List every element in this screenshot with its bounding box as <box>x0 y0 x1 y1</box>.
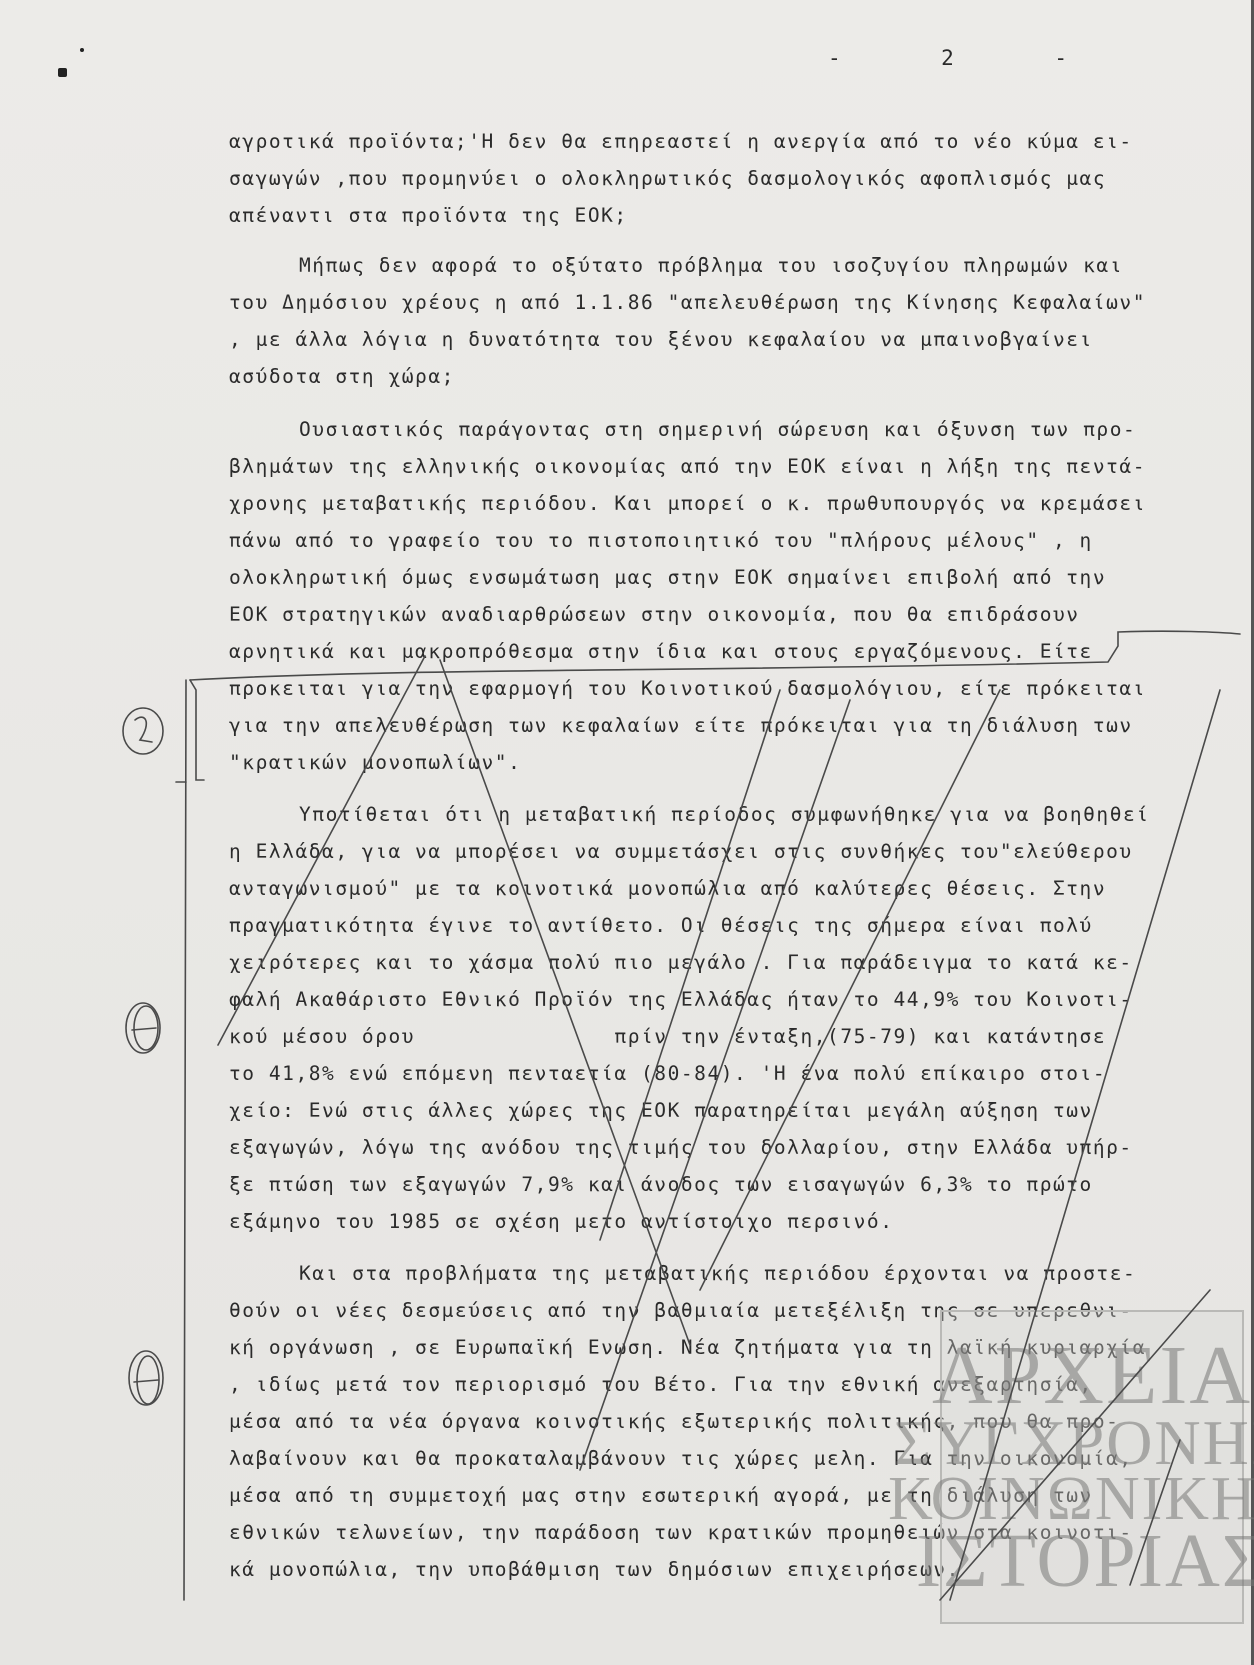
page-number-dash-right: - <box>1054 46 1068 70</box>
watermark-line: ΙΣΤΟΡΙΑΣ <box>916 1527 1254 1595</box>
text-line: Και στα προβλήματα της μεταβατικής περιό… <box>299 1262 1136 1285</box>
text-line: ολοκληρωτική όμως ενσωμάτωση μας στην ΕΟ… <box>229 566 1106 589</box>
text-line: "κρατικών μονοπωλίων". <box>229 751 521 774</box>
page-number: - 2 - <box>828 46 1068 70</box>
text-line: , με άλλα λόγια η δυνατότητα του ξένου κ… <box>229 328 1093 351</box>
text-line: κού μέσου όρου πρίν την ένταξη,(75-79) κ… <box>229 1025 1106 1048</box>
text-line: αγροτικά προϊόντα;'Η δεν θα επηρεαστεί η… <box>229 130 1133 153</box>
text-line: πάνω από το γραφείο του το πιστοποιητικό… <box>229 529 1093 552</box>
text-line: ξε πτώση των εξαγωγών 7,9% και άνοδος τω… <box>229 1173 1093 1196</box>
text-line: απέναντι στα προϊόντα της ΕΟΚ; <box>229 204 628 227</box>
text-line: κά μονοπώλια, την υποβάθμιση των δημόσιω… <box>229 1558 960 1581</box>
text-line: Μήπως δεν αφορά το οξύτατο πρόβλημα του … <box>299 254 1123 277</box>
text-line: εξάμηνο του 1985 σε σχέση μετο αντίστοιχ… <box>229 1210 894 1233</box>
text-line: χειρότερες και το χάσμα πολύ πιο μεγάλο … <box>229 951 1133 974</box>
text-line: χρονης μεταβατικής περιόδου. Και μπορεί … <box>229 492 1146 515</box>
text-line: η Ελλάδα, για να μπορέσει να συμμετάσχει… <box>229 840 1133 863</box>
scan-speck <box>58 68 67 77</box>
scanned-page: - 2 - αγροτικά προϊόντα;'Η δεν θα επηρεα… <box>0 0 1254 1665</box>
text-line: ΕΟΚ στρατηγικών αναδιαρθρώσεων στην οικο… <box>229 603 1080 626</box>
page-number-dash-left: - <box>828 46 842 70</box>
text-line: βλημάτων της ελληνικής οικονομίας από τη… <box>229 455 1146 478</box>
watermark-line: ΣΥΓΧΡΟΝΗΣ <box>894 1414 1254 1472</box>
text-line: του Δημόσιου χρέους η από 1.1.86 "απελευ… <box>229 291 1146 314</box>
text-line: προκειται για την εφαρμογή του Κοινοτικο… <box>229 677 1146 700</box>
text-line: φαλή Ακαθάριστο Εθνικό Προϊόν της Ελλάδα… <box>229 988 1133 1011</box>
text-line: Ουσιαστικός παράγοντας στη σημερινή σώρε… <box>299 418 1136 441</box>
theta-mark-icon <box>126 1003 160 1053</box>
theta-mark-icon <box>129 1351 163 1405</box>
text-line: χείο: Ενώ στις άλλες χώρες της ΕΟΚ παρατ… <box>229 1099 1093 1122</box>
enclosure-bracket <box>190 680 204 780</box>
watermark-line: ΑΡΧΕΙΑ <box>932 1338 1252 1414</box>
archive-watermark: ΑΡΧΕΙΑ ΣΥΓΧΡΟΝΗΣ ΚΟΙΝΩΝΙΚΗΣ ΙΣΤΟΡΙΑΣ <box>940 1310 1244 1624</box>
text-line: Υποτίθεται ότι η μεταβατική περίοδος συμ… <box>299 803 1150 826</box>
text-line: ασύδοτα στη χώρα; <box>229 365 455 388</box>
text-line: πραγματικότητα έγινε το αντίθετο. Οι θέσ… <box>229 914 1093 937</box>
scan-speck <box>80 48 84 52</box>
page-number-value: 2 <box>941 46 955 70</box>
text-line: εξαγωγών, λόγω της ανόδου της τιμής του … <box>229 1136 1133 1159</box>
margin-line <box>184 680 186 1600</box>
text-line: το 41,8% ενώ επόμενη πενταετία (80-84). … <box>229 1062 1106 1085</box>
text-line: για την απελευθέρωση των κεφαλαίων είτε … <box>229 714 1133 737</box>
text-line: σαγωγών ,που προμηνύει ο ολοκληρωτικός δ… <box>229 167 1106 190</box>
text-line: αρνητικά και μακροπρόθεσμα στην ίδια και… <box>229 640 1093 663</box>
circled-two-icon <box>123 708 163 754</box>
text-line: ανταγωνισμού" με τα κοινοτικά μονοπώλια … <box>229 877 1106 900</box>
